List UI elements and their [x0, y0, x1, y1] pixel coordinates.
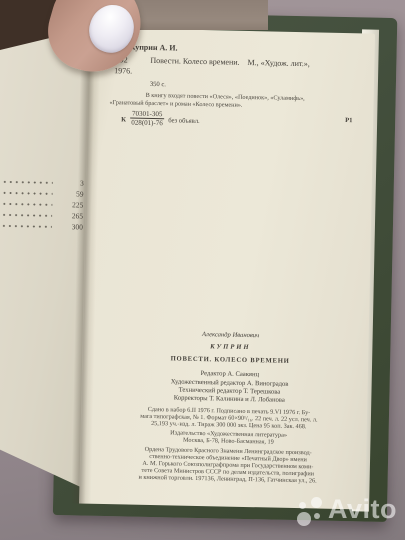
- right-page: Куприн А. И. К92 Повести. Колесо времени…: [79, 28, 375, 510]
- index-fraction: 70301-305028(01)-76: [130, 109, 165, 127]
- book-photo: 3 59 225 265 300: [0, 0, 405, 540]
- imprint-book-title: ПОВЕСТИ. КОЛЕСО ВРЕМЕНИ: [82, 354, 368, 368]
- dot-leader: [1, 201, 52, 206]
- avito-logo-icon: [292, 491, 326, 527]
- dot-leader: [2, 179, 53, 184]
- book: 3 59 225 265 300: [0, 0, 405, 540]
- catalog-author: Куприн А. И.: [130, 42, 178, 53]
- catalog-pages: 350 с.: [150, 81, 166, 89]
- index-denominator: 028(01)-76: [130, 118, 165, 127]
- dot-leader: [2, 190, 53, 195]
- dot-leader: [1, 223, 52, 228]
- index-suffix: без объявл.: [168, 117, 200, 125]
- avito-wordmark: Avito: [328, 491, 397, 527]
- dot-leader: [1, 212, 52, 217]
- thumb-nail: [83, 0, 141, 59]
- imprint-author-name: Александр Иванович: [83, 329, 369, 343]
- toc-leaders: 3 59 225 265 300: [1, 176, 84, 233]
- catalog-title-line: Повести. Колесо времени. М., «Худож. лит…: [150, 56, 310, 69]
- category-code: Р1: [345, 117, 352, 125]
- avito-watermark: Avito: [292, 491, 397, 527]
- index-letter: К: [121, 116, 126, 123]
- toc-row: 300: [1, 220, 83, 233]
- catalog-year: 1976.: [114, 66, 132, 76]
- imprint-author-surname: КУПРИН: [82, 341, 368, 355]
